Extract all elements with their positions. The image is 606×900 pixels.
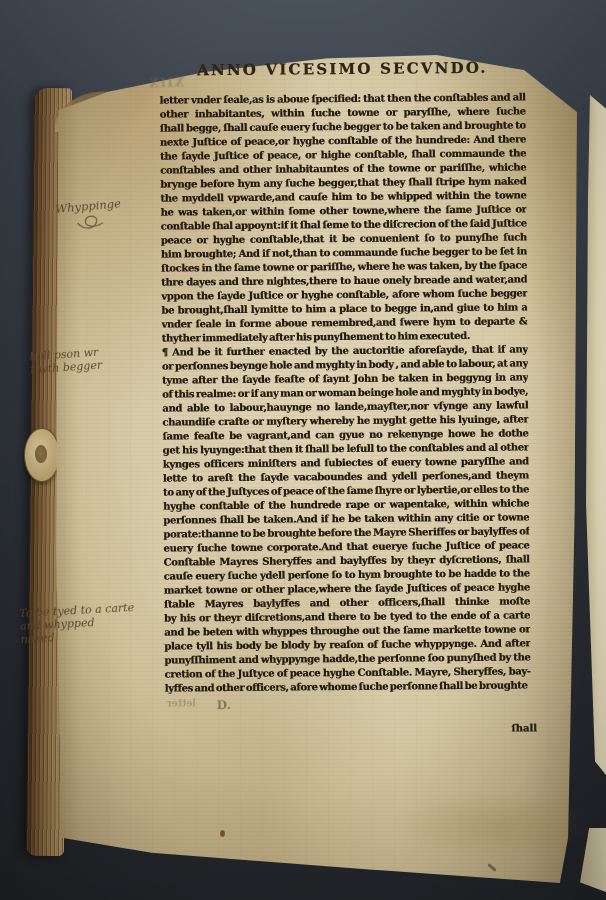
paper-stain xyxy=(390,790,590,860)
margin-note-whipping: Whyppinge xyxy=(55,197,123,233)
page-heading: ANNO VICESIMO SECVNDO. xyxy=(159,58,525,79)
ink-speck xyxy=(220,830,225,837)
ink-flourish xyxy=(74,213,105,232)
margin-note-beggars: holl pson wr t wth begger xyxy=(29,346,102,377)
margin-note-cart-whipping: To be tyed to a carte and whypped naked xyxy=(19,601,136,646)
book-photograph: XIIX ANNO VICESIMO SECVNDO. letter vnder… xyxy=(0,0,606,900)
catchword: ſhall xyxy=(511,723,537,734)
tab-hole xyxy=(35,445,47,463)
vellum-tab xyxy=(24,428,60,482)
next-page-edge-bottom xyxy=(580,828,606,892)
signature-mark: D. xyxy=(217,698,231,712)
body-text: letter vnder ſeale,as is aboue ſpecified… xyxy=(159,91,530,696)
showthrough-word: letter xyxy=(167,698,196,709)
printed-text-block: ANNO VICESIMO SECVNDO. letter vnder ſeal… xyxy=(159,58,531,714)
next-page-edge xyxy=(586,95,606,775)
body-text-line: lyffes and other officers, afore whome ſ… xyxy=(165,679,531,696)
signature-row: letter D. ſhall xyxy=(165,695,531,714)
